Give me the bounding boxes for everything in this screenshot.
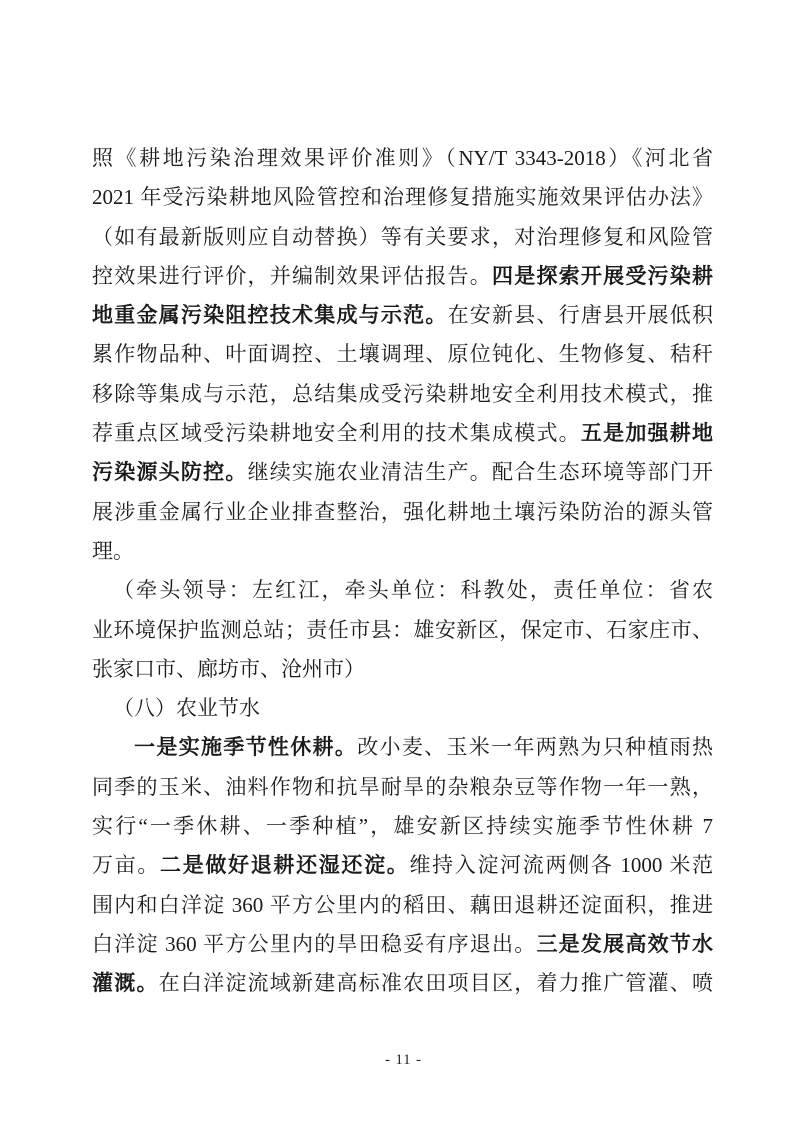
text-lines: 照《耕地污染治理效果评价准则》（NY/T 3343-2018）《河北省2021 … [92, 139, 713, 1004]
text-run: 移除等集成与示范，总结集成受污染耕地安全利用技术模式，推 [92, 382, 713, 406]
text-line: （八）农业节水 [92, 689, 713, 728]
document-page: 照《耕地污染治理效果评价准则》（NY/T 3343-2018）《河北省2021 … [0, 0, 807, 1141]
text-run: 业环境保护监测总站；责任市县：雄安新区，保定市、石家庄市、 [92, 618, 713, 642]
text-run: 在安新县、行唐县开展低积 [448, 303, 713, 327]
text-run: 控效果进行评价，并编制效果评估报告。 [92, 264, 492, 288]
text-run: 2021 年受污染耕地风险管控和治理修复措施实施效果评估办法》 [92, 185, 713, 209]
bold-heading-run: 地重金属污染阻控技术集成与示范。 [92, 303, 448, 327]
text-line: 张家口市、廊坊市、沧州市） [92, 650, 713, 689]
text-line: 万亩。二是做好退耕还湿还淀。维持入淀河流两侧各 1000 米范 [92, 846, 713, 885]
text-run: 维持入淀河流两侧各 1000 米范 [409, 853, 713, 877]
text-line: 移除等集成与示范，总结集成受污染耕地安全利用技术模式，推 [92, 375, 713, 414]
text-line: 展涉重金属行业企业排查整治，强化耕地土壤污染防治的源头管 [92, 493, 713, 532]
page-number: - 11 - [0, 1052, 807, 1069]
text-run: 围内和白洋淀 360 平方公里内的稻田、藕田退耕还淀面积，推进 [92, 893, 713, 917]
text-line: （如有最新版则应自动替换）等有关要求，对治理修复和风险管 [92, 218, 713, 257]
text-run: 万亩。 [92, 853, 160, 877]
text-run: 理。 [92, 539, 134, 563]
text-run: （八）农业节水 [113, 696, 260, 720]
bold-heading-run: 一是实施季节性休耕。 [134, 735, 357, 759]
text-run: 在白洋淀流域新建高标准农田项目区，着力推广管灌、喷 [159, 971, 713, 995]
text-line: 2021 年受污染耕地风险管控和治理修复措施实施效果评估办法》 [92, 178, 713, 217]
text-run: 荐重点区域受污染耕地安全利用的技术集成模式。 [92, 421, 581, 445]
bold-heading-run: 三是发展高效节水 [536, 932, 713, 956]
text-run: 改小麦、玉米一年两熟为只种植雨热 [357, 735, 713, 759]
bold-heading-run: 四是探索开展受污染耕 [492, 264, 713, 288]
text-run: 照《耕地污染治理效果评价准则》（NY/T 3343-2018）《河北省 [92, 146, 713, 170]
text-run: 展涉重金属行业企业排查整治，强化耕地土壤污染防治的源头管 [92, 500, 713, 524]
text-run: 累作物品种、叶面调控、土壤调理、原位钝化、生物修复、秸秆 [92, 342, 713, 366]
text-line: 围内和白洋淀 360 平方公里内的稻田、藕田退耕还淀面积，推进 [92, 886, 713, 925]
text-run: 张家口市、廊坊市、沧州市） [92, 657, 365, 681]
text-line: 实行“一季休耕、一季种植”，雄安新区持续实施季节性休耕 7 [92, 807, 713, 846]
bold-heading-run: 污染源头防控。 [92, 460, 248, 484]
text-run: （如有最新版则应自动替换）等有关要求，对治理修复和风险管 [92, 225, 713, 249]
text-line: 累作物品种、叶面调控、土壤调理、原位钝化、生物修复、秸秆 [92, 335, 713, 374]
text-run: 实行“一季休耕、一季种植”，雄安新区持续实施季节性休耕 7 [92, 814, 713, 838]
text-line: 同季的玉米、油料作物和抗旱耐旱的杂粮杂豆等作物一年一熟， [92, 768, 713, 807]
bold-heading-run: 五是加强耕地 [581, 421, 713, 445]
bold-heading-run: 灌溉。 [92, 971, 159, 995]
bold-heading-run: 二是做好退耕还湿还淀。 [160, 853, 409, 877]
text-line: 一是实施季节性休耕。改小麦、玉米一年两熟为只种植雨热 [92, 728, 713, 767]
text-line: 污染源头防控。继续实施农业清洁生产。配合生态环境等部门开 [92, 453, 713, 492]
text-line: 照《耕地污染治理效果评价准则》（NY/T 3343-2018）《河北省 [92, 139, 713, 178]
text-line: 荐重点区域受污染耕地安全利用的技术集成模式。五是加强耕地 [92, 414, 713, 453]
text-line: 白洋淀 360 平方公里内的旱田稳妥有序退出。三是发展高效节水 [92, 925, 713, 964]
text-run: 同季的玉米、油料作物和抗旱耐旱的杂粮杂豆等作物一年一熟， [92, 775, 713, 799]
text-line: 业环境保护监测总站；责任市县：雄安新区，保定市、石家庄市、 [92, 611, 713, 650]
text-run: 继续实施农业清洁生产。配合生态环境等部门开 [248, 460, 713, 484]
text-run: 白洋淀 360 平方公里内的旱田稳妥有序退出。 [92, 932, 536, 956]
text-line: （牵头领导：左红江，牵头单位：科教处，责任单位：省农 [92, 571, 713, 610]
text-line: 地重金属污染阻控技术集成与示范。在安新县、行唐县开展低积 [92, 296, 713, 335]
text-line: 控效果进行评价，并编制效果评估报告。四是探索开展受污染耕 [92, 257, 713, 296]
text-line: 理。 [92, 532, 713, 571]
text-line: 灌溉。在白洋淀流域新建高标准农田项目区，着力推广管灌、喷 [92, 964, 713, 1003]
text-run: （牵头领导：左红江，牵头单位：科教处，责任单位：省农 [113, 578, 713, 602]
